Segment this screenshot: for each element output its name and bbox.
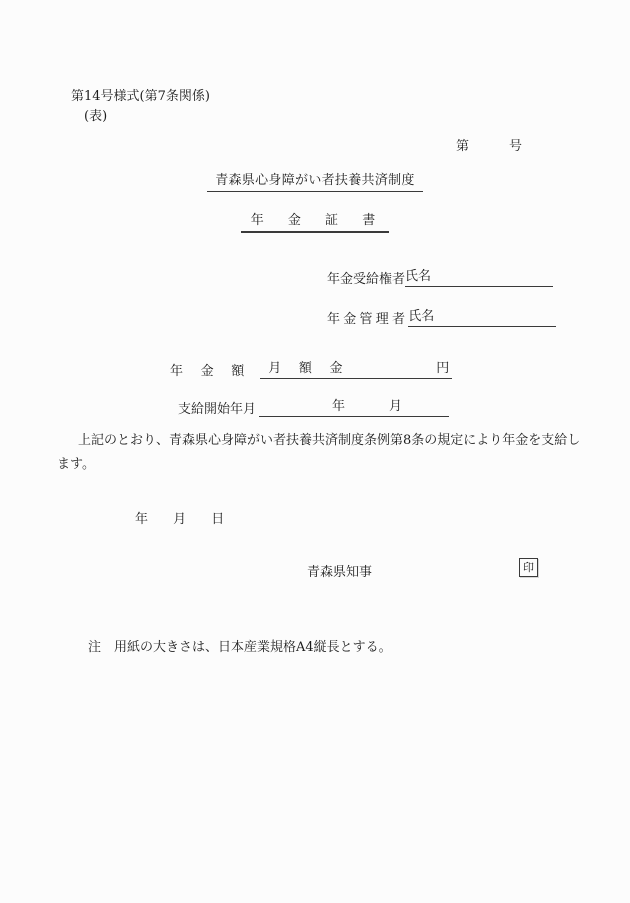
start-date-row: 支給開始年月 年 月 (178, 395, 449, 417)
seal-mark: 印 (519, 558, 538, 577)
recipient-row: 年金受給権者氏名 (327, 265, 553, 287)
blank-segment (402, 395, 449, 414)
amount-unit-label: 円 (436, 357, 449, 376)
blank-segment (259, 395, 332, 414)
issue-date-line: 年 月 日 (135, 508, 224, 527)
subtitle-row: 年 金 証 書 (0, 209, 630, 233)
start-date-year-label: 年 (332, 395, 345, 414)
governor-title: 青森県知事 (307, 565, 372, 580)
recipient-name-label: 氏名 (405, 269, 431, 284)
amount-label: 年 金 額 (170, 360, 244, 379)
note-prefix: 注 (88, 636, 101, 655)
document-title: 青森県心身障がい者扶養共済制度 (207, 169, 423, 192)
manager-label: 年金管理者 (327, 312, 408, 327)
start-date-field: 年 月 (259, 395, 449, 417)
document-subtitle: 年 金 証 書 (241, 209, 389, 233)
note-text: 用紙の大きさは、日本産業規格A4縦長とする。 (114, 636, 392, 655)
side-label: (表) (84, 105, 107, 124)
certificate-number-suffix: 号 (509, 135, 522, 154)
amount-monthly-label: 月 額 金 (268, 357, 342, 376)
start-date-label: 支給開始年月 (178, 398, 256, 417)
recipient-name-field: 氏名 (405, 265, 553, 287)
start-date-month-label: 月 (389, 395, 402, 414)
title-row: 青森県心身障がい者扶養共済制度 (0, 169, 630, 192)
certificate-number-prefix: 第 (456, 135, 469, 154)
body-paragraph: 上記のとおり、青森県心身障がい者扶養共済制度条例第8条の規定により年金を支給しま… (57, 429, 583, 477)
certificate-number: 第 号 (456, 135, 522, 154)
form-number: 第14号様式(第7条関係) (71, 85, 210, 104)
note-row: 注 用紙の大きさは、日本産業規格A4縦長とする。 (88, 636, 392, 655)
manager-row: 年金管理者氏名 (327, 305, 556, 327)
amount-row: 年 金 額 月 額 金 円 (170, 357, 452, 379)
manager-name-label: 氏名 (408, 309, 434, 324)
recipient-label: 年金受給権者 (327, 272, 405, 287)
governor-row: 青森県知事 (307, 561, 372, 580)
manager-name-field: 氏名 (408, 305, 556, 327)
amount-field: 月 額 金 円 (260, 357, 452, 379)
blank-segment (345, 395, 389, 414)
